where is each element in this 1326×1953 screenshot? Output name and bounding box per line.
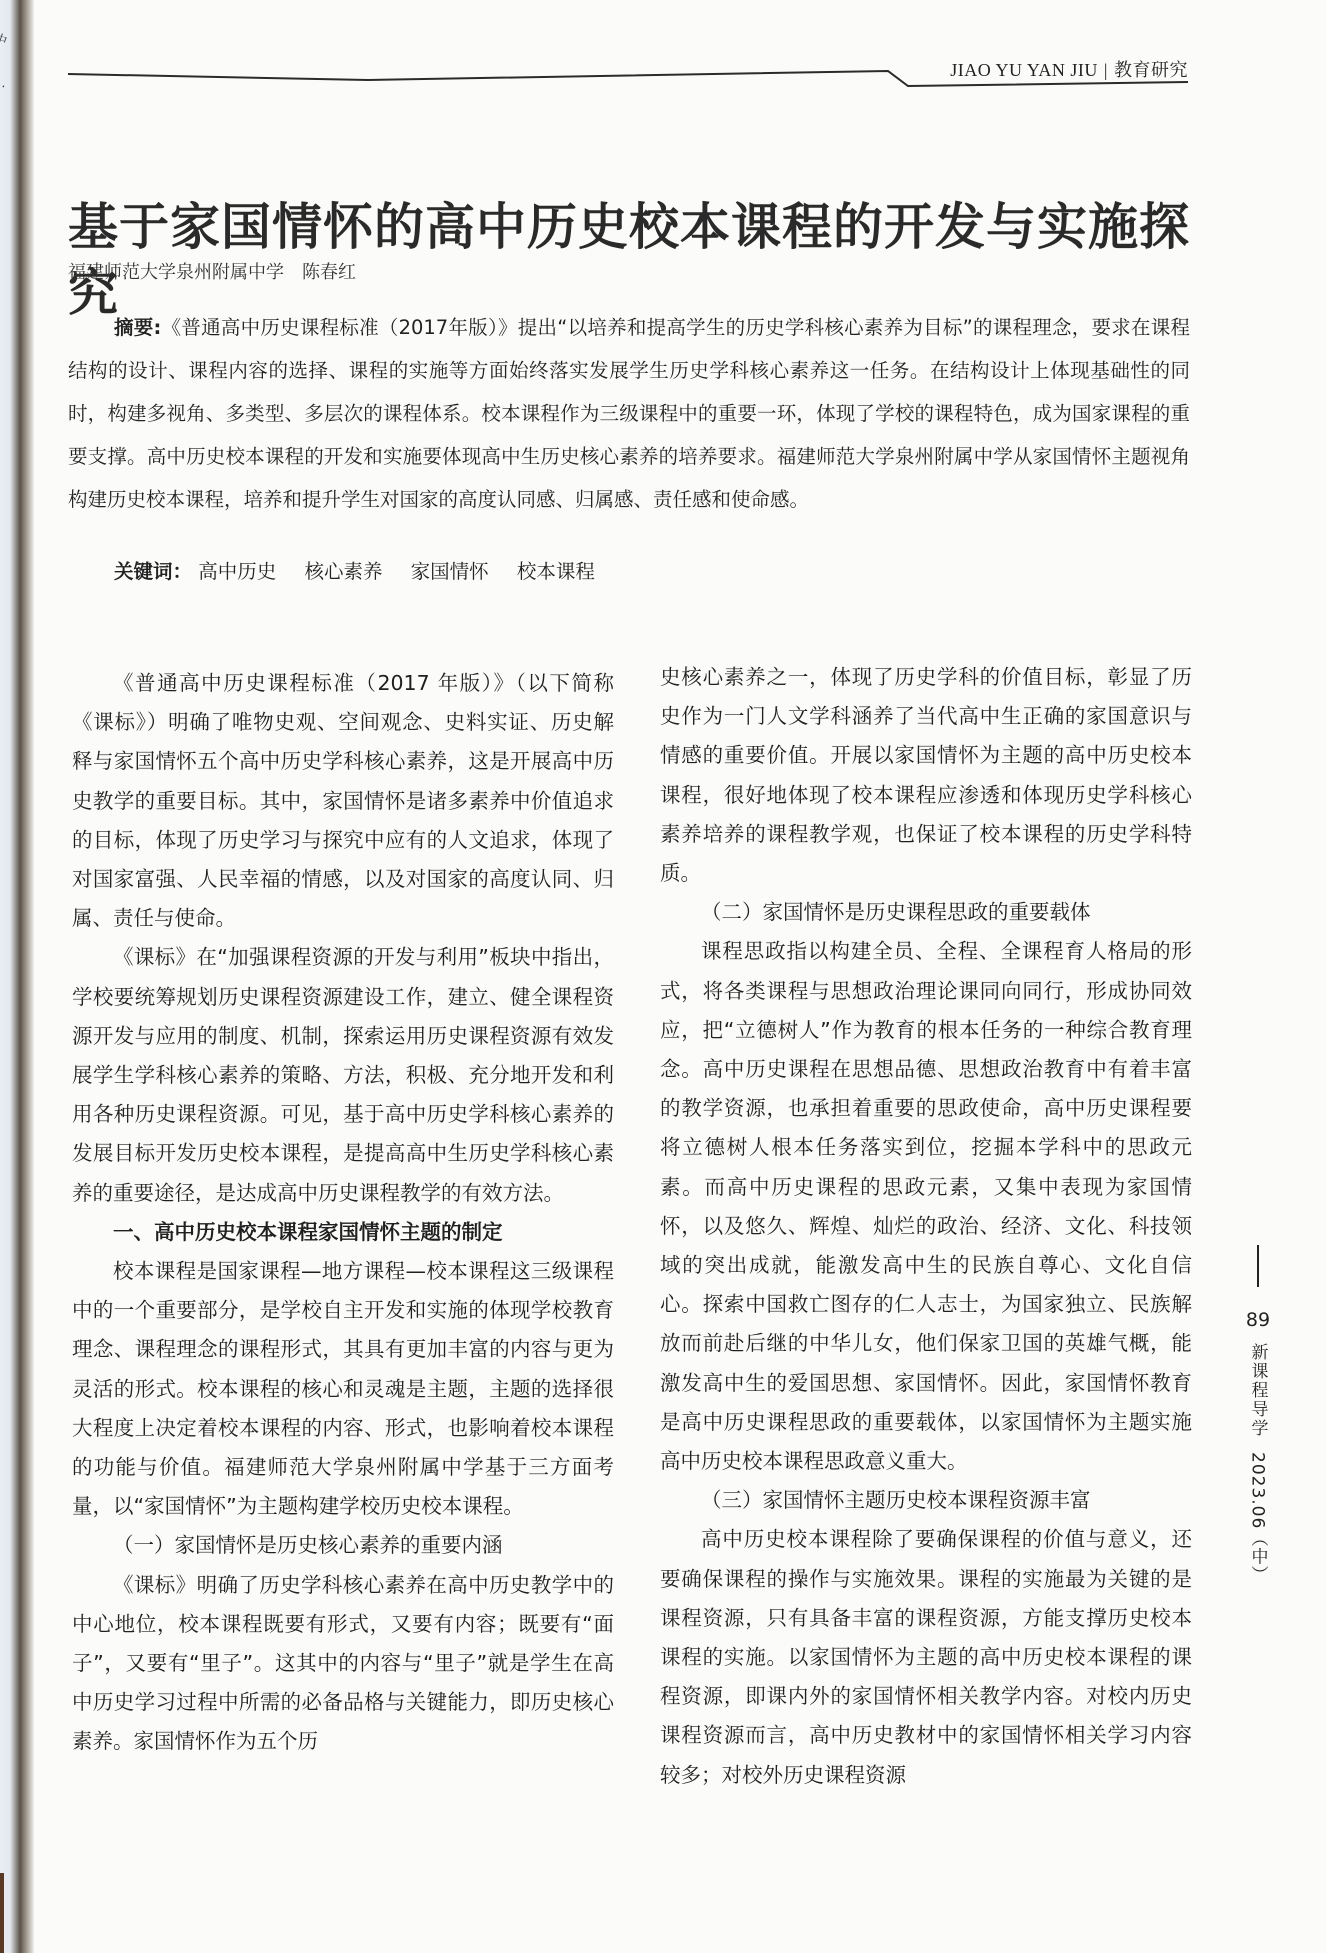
body-column-right: 史核心素养之一，体现了历史学科的价值目标，彰显了历史作为一门人文学科涵养了当代高…	[660, 658, 1192, 1795]
keywords: 关键词： 高中历史 核心素养 家国情怀 校本课程	[114, 556, 617, 584]
abstract-label: 摘要:	[114, 316, 161, 339]
keyword: 校本课程	[517, 560, 595, 583]
section-heading-1: 一、高中历史校本课程家国情怀主题的制定	[72, 1213, 614, 1252]
issue-date: 2023.06（中）	[1246, 1452, 1271, 1583]
subsection-heading-3: （三）家国情怀主题历史校本课程资源丰富	[660, 1481, 1192, 1520]
byline: 福建师范大学泉州附属中学陈春红	[68, 258, 356, 284]
running-title-cn: 教育研究	[1114, 60, 1188, 80]
section-1-paragraph: 校本课程是国家课程—地方课程—校本课程这三级课程中的一个重要部分，是学校自主开发…	[72, 1252, 614, 1526]
subsection-heading-2: （二）家国情怀是历史课程思政的重要载体	[660, 893, 1192, 932]
keyword: 核心素养	[304, 560, 382, 583]
keyword: 家国情怀	[411, 560, 489, 583]
keyword: 高中历史	[198, 560, 276, 583]
page-number: 89	[1246, 1309, 1270, 1331]
continued-paragraph: 史核心素养之一，体现了历史学科的价值目标，彰显了历史作为一门人文学科涵养了当代高…	[660, 658, 1192, 893]
intro-paragraph-1: 《普通高中历史课程标准（2017 年版）》（以下简称《课标》）明确了唯物史观、空…	[72, 664, 614, 938]
abstract: 摘要:《普通高中历史课程标准（2017年版）》提出“以培养和提高学生的历史学科核…	[68, 306, 1190, 521]
keywords-label: 关键词：	[114, 560, 192, 583]
journal-name: 新课程导学	[1246, 1343, 1271, 1438]
subsection-heading-1: （一）家国情怀是历史核心素养的重要内涵	[72, 1526, 614, 1565]
page-fold-shadow	[0, 0, 34, 1953]
body-column-left: 《普通高中历史课程标准（2017 年版）》（以下简称《课标》）明确了唯物史观、空…	[72, 664, 614, 1762]
page-edge-bottom	[0, 1873, 4, 1953]
side-folio: 89 新课程导学 2023.06（中）	[1238, 1245, 1278, 1583]
author-name: 陈春红	[302, 262, 356, 283]
running-header: JIAO YU YAN JIU|教育研究	[950, 56, 1188, 82]
affiliation: 福建师范大学泉州附属中学	[68, 262, 284, 283]
subsection-3-paragraph: 高中历史校本课程除了要确保课程的价值与意义，还要确保课程的操作与实施效果。课程的…	[660, 1520, 1192, 1794]
folio-rule	[1257, 1245, 1259, 1287]
subsection-1-paragraph: 《课标》明确了历史学科核心素养在高中历史教学中的中心地位，校本课程既要有形式，又…	[72, 1566, 614, 1762]
running-title-separator: |	[1104, 60, 1108, 80]
running-title-latin: JIAO YU YAN JIU	[950, 60, 1098, 80]
intro-paragraph-2: 《课标》在“加强课程资源的开发与利用”板块中指出，学校要统筹规划历史课程资源建设…	[72, 938, 614, 1212]
abstract-text: 《普通高中历史课程标准（2017年版）》提出“以培养和提高学生的历史学科核心素养…	[68, 316, 1190, 511]
header-rule-line	[68, 0, 1188, 100]
subsection-2-paragraph: 课程思政指以构建全员、全程、全课程育人格局的形式，将各类课程与思想政治理论课同向…	[660, 932, 1192, 1481]
